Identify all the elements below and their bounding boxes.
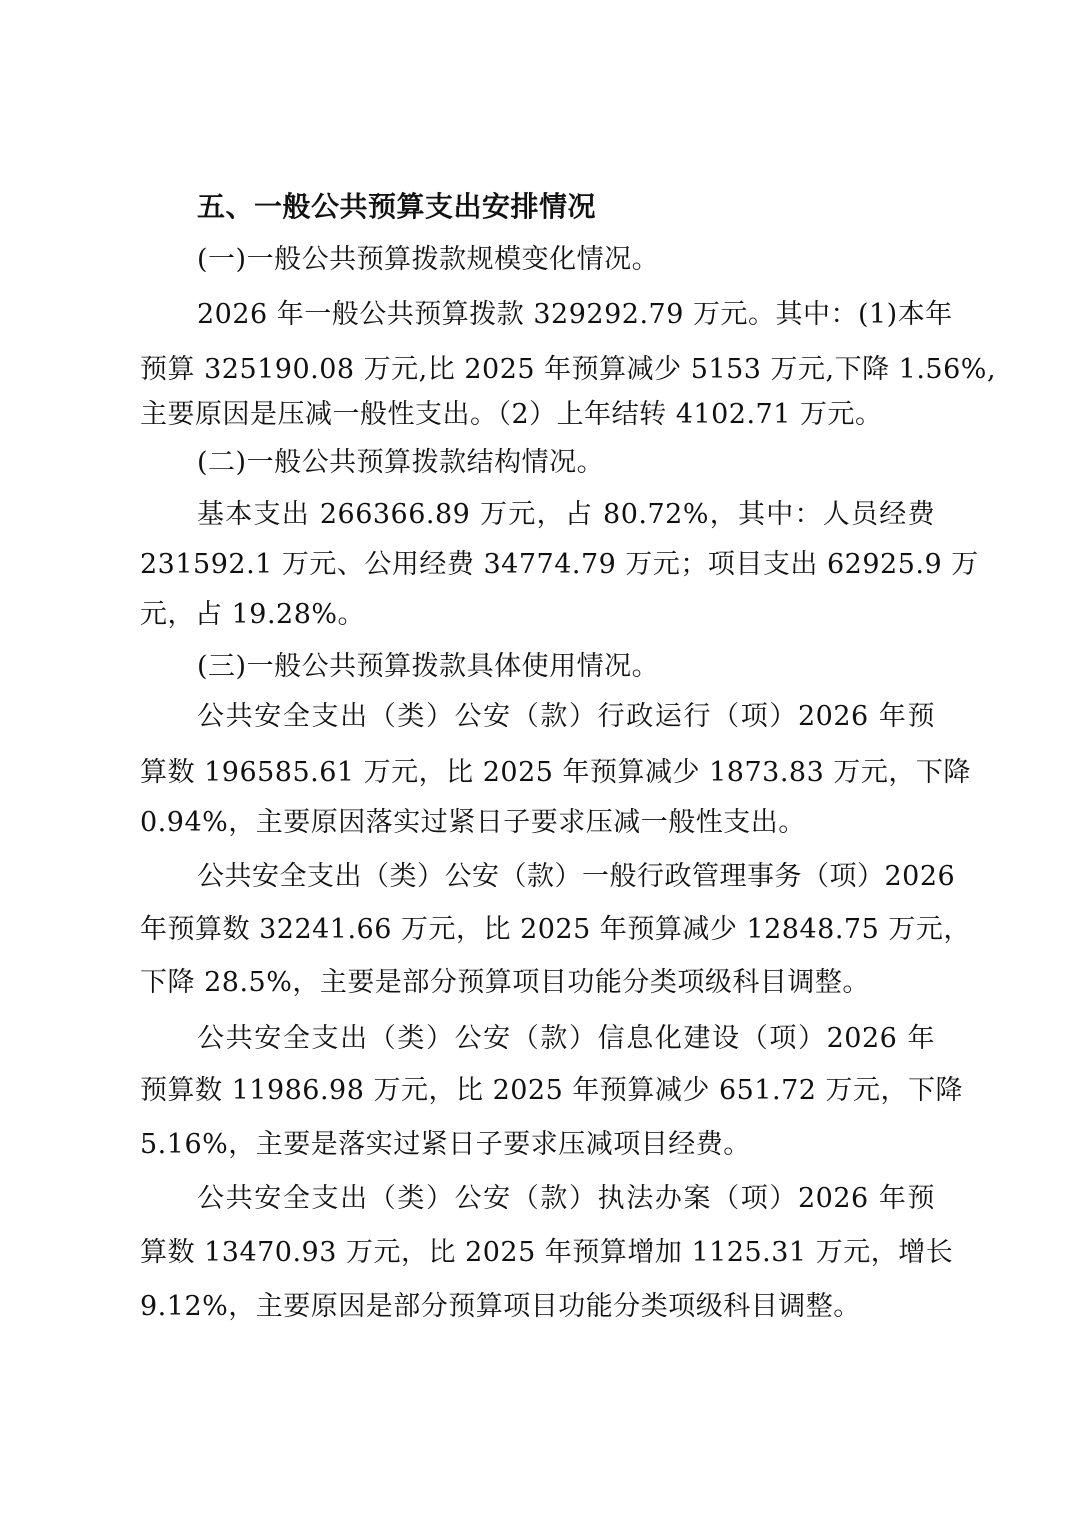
paragraph-line: 0.94%，主要原因落实过紧日子要求压减一般性支出。 bbox=[140, 806, 806, 840]
paragraph-line: 算数 196585.61 万元，比 2025 年预算减少 1873.83 万元，… bbox=[140, 756, 935, 790]
paragraph-line: 元，占 19.28%。 bbox=[140, 598, 365, 632]
paragraph-line: 231592.1 万元、公用经费 34774.79 万元；项目支出 62925.… bbox=[140, 548, 935, 582]
subsection-heading-2: (二)一般公共预算拨款结构情况。 bbox=[197, 446, 604, 480]
paragraph-line: 公共安全支出（类）公安（款）信息化建设（项）2026 年 bbox=[197, 1022, 935, 1056]
paragraph-line: 2026 年一般公共预算拨款 329292.79 万元。其中：(1)本年 bbox=[197, 298, 935, 332]
subsection-heading-3: (三)一般公共预算拨款具体使用情况。 bbox=[197, 650, 659, 684]
paragraph-line: 基本支出 266366.89 万元，占 80.72%，其中：人员经费 bbox=[197, 498, 935, 532]
paragraph-line: 9.12%，主要原因是部分预算项目功能分类项级科目调整。 bbox=[140, 1290, 861, 1324]
paragraph-line: 公共安全支出（类）公安（款）执法办案（项）2026 年预 bbox=[197, 1182, 935, 1216]
paragraph-line: 预算 325190.08 万元,比 2025 年预算减少 5153 万元,下降 … bbox=[140, 353, 935, 387]
document-page: 五、一般公共预算支出安排情况 (一)一般公共预算拨款规模变化情况。 2026 年… bbox=[0, 0, 1074, 1520]
paragraph-line: 主要原因是压减一般性支出。（2）上年结转 4102.71 万元。 bbox=[140, 398, 883, 432]
subsection-heading-1: (一)一般公共预算拨款规模变化情况。 bbox=[197, 243, 659, 277]
paragraph-line: 公共安全支出（类）公安（款）行政运行（项）2026 年预 bbox=[197, 700, 935, 734]
paragraph-line: 5.16%，主要是落实过紧日子要求压减项目经费。 bbox=[140, 1128, 751, 1162]
paragraph-line: 预算数 11986.98 万元，比 2025 年预算减少 651.72 万元，下… bbox=[140, 1074, 935, 1108]
paragraph-line: 公共安全支出（类）公安（款）一般行政管理事务（项）2026 bbox=[197, 860, 935, 894]
paragraph-line: 算数 13470.93 万元，比 2025 年预算增加 1125.31 万元，增… bbox=[140, 1236, 935, 1270]
section-title: 五、一般公共预算支出安排情况 bbox=[197, 190, 596, 224]
paragraph-line: 年预算数 32241.66 万元，比 2025 年预算减少 12848.75 万… bbox=[140, 913, 971, 947]
paragraph-line: 下降 28.5%，主要是部分预算项目功能分类项级科目调整。 bbox=[140, 966, 870, 1000]
